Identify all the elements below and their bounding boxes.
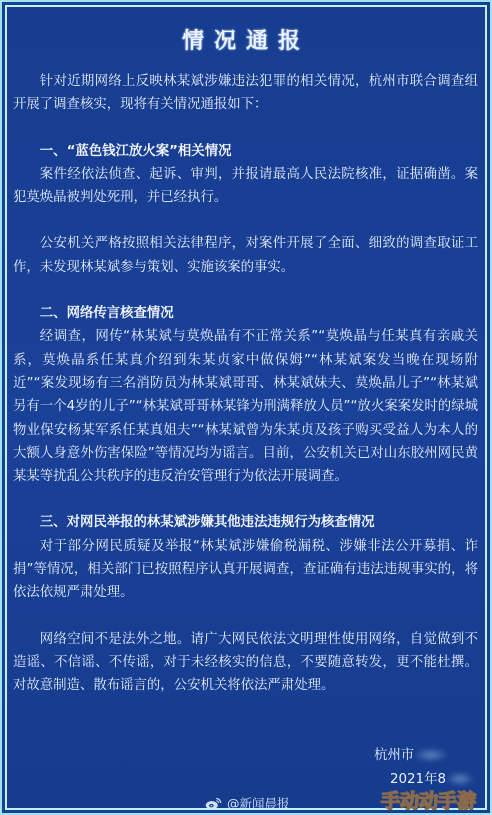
section-3-heading: 三、对网民举报的林某斌涉嫌其他违法违规行为核查情况 [13, 511, 478, 534]
section-1-paragraph-2: 公安机关严格按照相关法律程序，对案件开展了全面、细致的调查取证工作，未发现林某斌… [13, 232, 478, 279]
closing-paragraph: 网络空间不是法外之地。请广大网民依法文明理性使用网络，自觉做到不造谣、不信谣、不… [13, 628, 478, 698]
signature-org-text: 杭州市 [374, 748, 414, 763]
spacer [13, 209, 478, 232]
spacer [13, 279, 478, 302]
site-watermark: 手动动手游 [381, 786, 476, 813]
weibo-icon [205, 796, 223, 810]
signature-date: 2021年8 [390, 768, 474, 787]
redacted-blur [414, 748, 448, 762]
notice-title: 情况通报 [0, 24, 492, 55]
signature-date-text: 2021年8 [390, 772, 446, 787]
section-1-heading: 一、“蓝色钱江放火案”相关情况 [13, 140, 478, 163]
redacted-blur [446, 772, 474, 786]
signature-org: 杭州市 [374, 744, 448, 763]
section-2-paragraph-1: 经调查，网传“林某斌与莫焕晶有不正常关系”“莫焕晶与任某真有亲戚关系，莫焕晶系任… [13, 325, 478, 488]
section-1-paragraph-1: 案件经依法侦查、起诉、审判，并报请最高人民法院核准，证据确凿。案犯莫焕晶被判处死… [13, 163, 478, 210]
spacer [13, 488, 478, 511]
spacer [13, 117, 478, 140]
source-handle: @新闻晨报 [227, 794, 290, 812]
spacer [13, 605, 478, 628]
section-3-paragraph-1: 对于部分网民质疑及举报“林某斌涉嫌偷税漏税、涉嫌非法公开募捐、诈捐”等情况，相关… [13, 535, 478, 605]
notice-body: 针对近期网络上反映林某斌涉嫌违法犯罪的相关情况，杭州市联合调查组开展了调查核实，… [13, 70, 478, 698]
intro-paragraph: 针对近期网络上反映林某斌涉嫌违法犯罪的相关情况，杭州市联合调查组开展了调查核实，… [13, 70, 478, 117]
source-credit: @新闻晨报 [205, 794, 290, 812]
section-2-heading: 二、网络传言核查情况 [13, 302, 478, 325]
